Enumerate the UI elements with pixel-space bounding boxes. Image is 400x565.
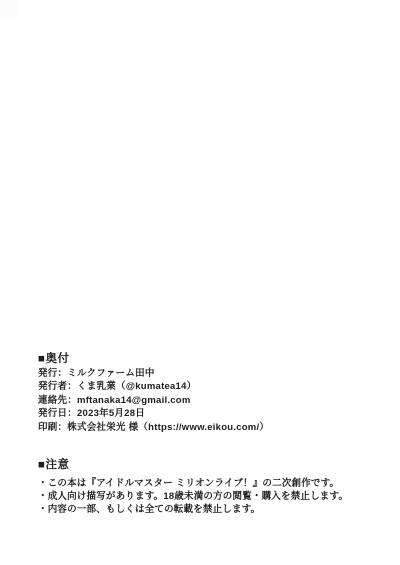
colophon-info-list: 発行：ミルクファーム田中 発行者：くま乳業（@kumatea14） 連絡先：mf… (38, 367, 380, 434)
author-line: 発行者：くま乳業（@kumatea14） (38, 380, 380, 393)
scan-shade-artifact (0, 0, 17, 17)
publisher-line: 発行：ミルクファーム田中 (38, 367, 380, 380)
notice-section: ■注意 ・この本は『アイドルマスター ミリオンライブ！』の二次創作です。 ・成人… (38, 459, 390, 517)
colophon-heading: ■奥付 (38, 353, 380, 365)
notice-heading: ■注意 (38, 459, 390, 471)
issue-date-line: 発行日：2023年5月28日 (38, 407, 380, 420)
notice-item-adult-content: ・成人向け描写があります。18歳未満の方の閲覧・購入を禁止します。 (38, 490, 390, 503)
notice-item-no-reproduction: ・内容の一部、もしくは全ての転載を禁止します。 (38, 503, 390, 516)
colophon-section: ■奥付 発行：ミルクファーム田中 発行者：くま乳業（@kumatea14） 連絡… (38, 353, 380, 434)
notice-item-derivative-work: ・この本は『アイドルマスター ミリオンライブ！』の二次創作です。 (38, 477, 390, 490)
notice-item-list: ・この本は『アイドルマスター ミリオンライブ！』の二次創作です。 ・成人向け描写… (38, 477, 390, 517)
printer-line: 印刷：株式会社栄光 様（https://www.eikou.com/） (38, 421, 380, 434)
contact-line: 連絡先：mftanaka14@gmail.com (38, 394, 380, 407)
colophon-page: ■奥付 発行：ミルクファーム田中 発行者：くま乳業（@kumatea14） 連絡… (0, 0, 400, 565)
